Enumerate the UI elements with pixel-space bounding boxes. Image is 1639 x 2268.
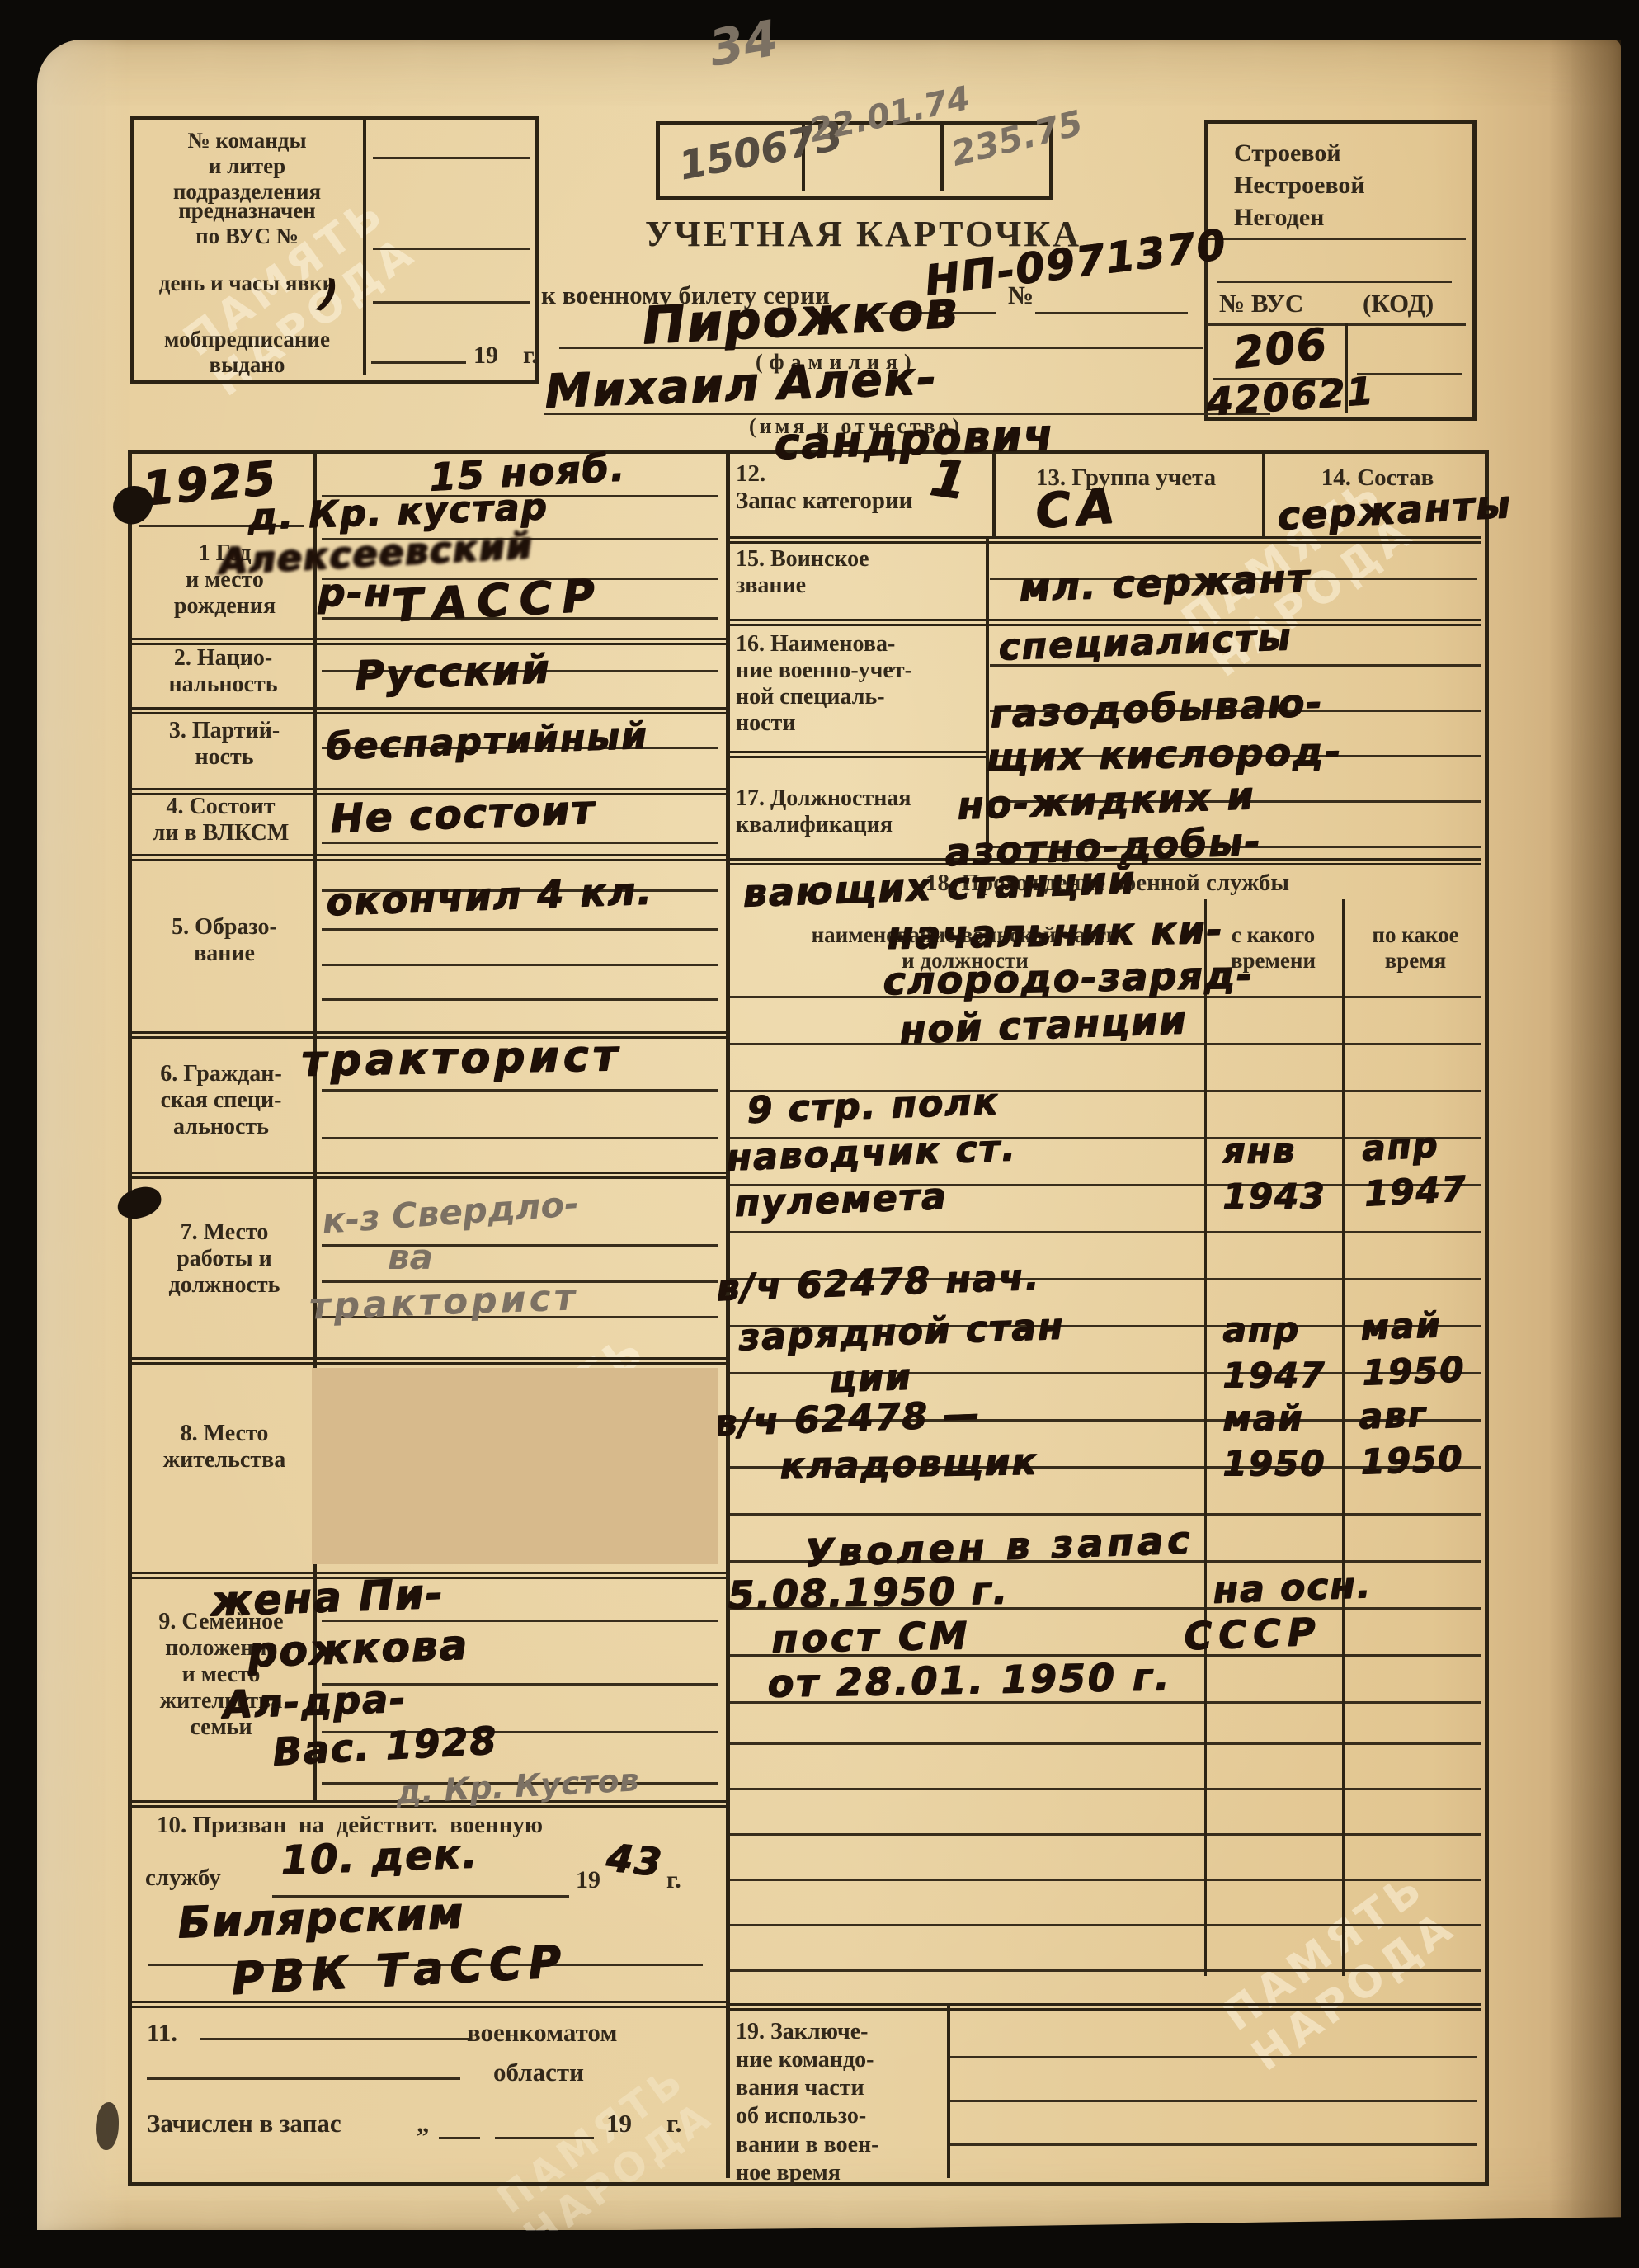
field11-word2: области — [493, 2058, 584, 2087]
service-e1-unit-2: наводчик ст. — [725, 1129, 1017, 1177]
heavy-divider — [128, 1172, 726, 1179]
field11-year-suffix: г. — [666, 2109, 681, 2138]
ruled-line — [371, 361, 466, 364]
field7-value-2: ва — [388, 1239, 433, 1275]
field6-value: тракторист — [301, 1034, 622, 1084]
field8-label: 8. Место жительства — [142, 1421, 307, 1473]
service-e3-unit-1: в/ч 62478 — — [713, 1395, 981, 1442]
field3-label: 3. Партий- ность — [142, 718, 307, 771]
vertical-divider — [726, 450, 730, 2178]
field16-value-2: газодобываю- — [989, 682, 1323, 733]
patronymic-handwritten: сандрович — [773, 413, 1055, 467]
redacted-area — [312, 1368, 718, 1564]
field2-value: Русский — [354, 648, 551, 697]
mob-row4-year-suffix: г. — [523, 342, 538, 370]
service-discharge-2: 5.08.1950 г. — [728, 1570, 1009, 1615]
vertical-divider — [940, 121, 944, 191]
field17-value-3: слородо-заряд- — [883, 955, 1254, 1001]
field10-year-hw: 43 — [605, 1837, 665, 1883]
ruled-line — [1207, 323, 1466, 326]
mob-row4-year: 19 — [473, 342, 498, 370]
vertical-divider — [947, 2003, 950, 2178]
field1-value-4: р-н — [318, 573, 392, 612]
service-e2-from: апр 1947 — [1222, 1308, 1326, 1398]
ruled-line — [322, 964, 718, 966]
ruled-line — [373, 248, 530, 250]
ruled-line — [1217, 281, 1452, 283]
vertical-divider — [363, 116, 366, 375]
heavy-divider — [726, 751, 986, 758]
ruled-line — [726, 1924, 1481, 1926]
ruled-line — [322, 1244, 718, 1247]
field7-label: 7. Место работы и должность — [142, 1219, 307, 1299]
ruled-line — [322, 998, 718, 1001]
mob-row4-label: мобпредписание выдано — [134, 327, 360, 378]
field6-label: 6. Граждан- ская специ- альность — [134, 1061, 308, 1140]
ruled-line — [322, 842, 718, 844]
ruled-line — [726, 1879, 1481, 1881]
ruled-line — [322, 1620, 718, 1622]
service-e3-unit-2: кладовщик — [779, 1443, 1038, 1486]
ruled-line — [947, 2143, 1477, 2146]
field4-label: 4. Состоит ли в ВЛКСМ — [132, 794, 309, 846]
vertical-divider — [1262, 450, 1265, 536]
field10-year-suffix: г. — [666, 1866, 681, 1894]
field9-value-1: жена Пи- — [210, 1572, 445, 1623]
fitness-options: Строевой Нестроевой Негоден — [1234, 137, 1365, 233]
field9-value-3: Ал-дра- — [222, 1678, 407, 1724]
service-col-to: по какое время — [1345, 922, 1486, 974]
field5-value: окончил 4 кл. — [325, 870, 653, 922]
ruled-line — [439, 2137, 480, 2139]
ruled-line — [322, 1089, 718, 1092]
service-e1-to: апр 1947 — [1360, 1121, 1467, 1217]
field16-label: 16. Наименова- ние военно-учет- ной спец… — [736, 631, 983, 737]
field10-word: службу — [145, 1865, 221, 1892]
heavy-divider — [128, 707, 726, 714]
service-e3-to: авг 1950 — [1358, 1391, 1464, 1484]
ruled-line — [726, 1833, 1481, 1836]
ruled-line — [947, 2100, 1477, 2102]
ruled-line — [1207, 238, 1466, 240]
field19-label: 19. Заключе- ние командо- вания части об… — [736, 2018, 946, 2187]
heavy-divider — [128, 854, 726, 861]
vertical-divider — [1342, 899, 1345, 1976]
service-discharge-3: пост СМ — [771, 1615, 971, 1658]
ruled-line — [373, 157, 530, 159]
ruled-line — [726, 1231, 1481, 1233]
heavy-divider — [726, 2003, 1481, 2011]
field10-year-printed: 19 — [576, 1866, 600, 1894]
vus-value: 206 — [1231, 322, 1330, 376]
heavy-divider — [128, 638, 726, 645]
service-discharge-2b: на осн. — [1212, 1567, 1372, 1610]
field17-value-4: ной станции — [898, 1000, 1187, 1049]
field11-word1: военкоматом — [467, 2018, 617, 2048]
ruled-line — [726, 1742, 1481, 1745]
field1-value-5: ТАССР — [391, 572, 605, 629]
heavy-divider — [726, 536, 1481, 544]
paper-right-edge — [1549, 40, 1621, 2230]
service-e2-to: май 1950 — [1359, 1302, 1466, 1395]
field11-word3: Зачислен в запас — [147, 2109, 341, 2138]
vertical-divider — [992, 450, 996, 536]
service-e2-unit-3: ции — [828, 1358, 912, 1399]
code-label: (КОД) — [1363, 289, 1434, 318]
ruled-line — [1035, 312, 1188, 314]
field16-value-3: щих кислород- — [986, 731, 1342, 777]
field5-label: 5. Образо- вание — [142, 914, 307, 967]
field2-label: 2. Нацио- нальность — [139, 645, 308, 698]
heavy-divider — [128, 2001, 726, 2008]
field11-number: 11. — [147, 2018, 177, 2048]
ruled-line — [373, 301, 530, 304]
field16-value-4: но-жидких и — [956, 776, 1255, 826]
ruled-line — [726, 1513, 1481, 1516]
ruled-line — [147, 2077, 460, 2080]
scanned-military-registration-card: ПАМЯТЬ НАРОДА ПАМЯТЬ НАРОДА ПАМЯТЬ НАРОД… — [0, 0, 1639, 2268]
ruled-line — [726, 1788, 1481, 1790]
ruled-line — [495, 2137, 594, 2139]
field11-year: 19 — [606, 2109, 632, 2138]
service-discharge-4: от 28.01. 1950 г. — [767, 1657, 1172, 1704]
field10-value-1: Билярским — [177, 1891, 465, 1946]
ruled-line — [322, 1137, 718, 1139]
service-e1-unit-1: 9 стр. полк — [746, 1083, 999, 1130]
field10-date: 10. дек. — [280, 1833, 478, 1882]
field15-value: мл. сержант — [1018, 558, 1311, 608]
vertical-divider — [1204, 899, 1207, 1976]
field11-quote: „ — [417, 2109, 430, 2138]
mob-row2-label: предназначен по ВУС № — [134, 198, 360, 249]
vus-label: № ВУС — [1219, 289, 1303, 318]
service-e3-from: май 1950 — [1222, 1396, 1326, 1486]
ruled-line — [322, 928, 718, 931]
service-discharge-3b: СССР — [1183, 1611, 1322, 1656]
service-e1-unit-3: пулемета — [733, 1178, 948, 1224]
paper-left-edge — [37, 40, 128, 2230]
field7-value-3: тракторист — [308, 1279, 579, 1327]
field17-value-2: начальник ки- — [887, 909, 1224, 955]
ruled-line — [726, 1969, 1481, 1972]
heavy-divider — [128, 1357, 726, 1365]
pencil-page-number: 34 — [705, 12, 782, 76]
field15-label: 15. Воинское звание — [736, 546, 942, 599]
field4-value: Не состоит — [329, 789, 596, 840]
field13-value: СА — [1034, 480, 1122, 536]
code-value: 420621 — [1205, 370, 1376, 422]
ruled-line — [200, 2038, 469, 2040]
field16-value-1: специалисты — [997, 619, 1292, 667]
field9-value-2: рожкова — [247, 1623, 469, 1674]
mob-row1-label: № команды и литер подразделения — [134, 128, 360, 204]
ruled-line — [947, 2056, 1477, 2058]
service-e1-from: янв 1943 — [1222, 1129, 1326, 1219]
